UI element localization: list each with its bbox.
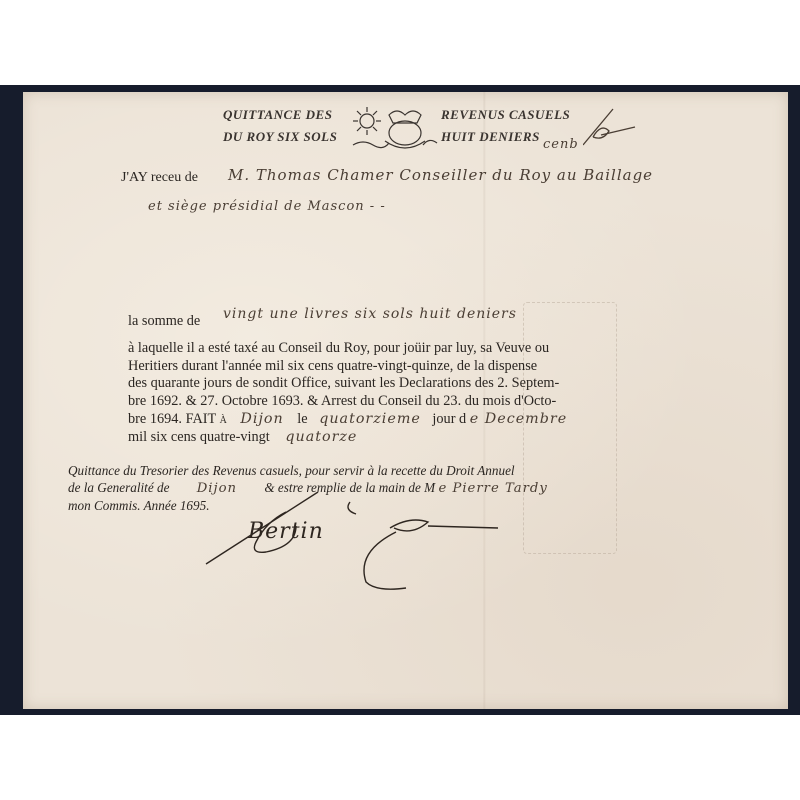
amount-handwritten: vingt une livres six sols huit deniers xyxy=(223,306,517,322)
payer-name-handwritten: M. Thomas Chamer Conseiller du Roy au Ba… xyxy=(228,166,653,184)
fait-month-handwritten: e Decembre xyxy=(470,411,567,427)
fait-line: bre 1694. FAIT à Dijon le quatorzieme jo… xyxy=(128,411,567,429)
quill-flourish-icon xyxy=(583,107,643,152)
signature-text: Bertin xyxy=(248,519,324,544)
fait-day-handwritten: quatorzieme xyxy=(319,411,421,427)
amount-label: la somme de xyxy=(128,313,200,331)
year-printed: mil six cens quatre-vingt xyxy=(128,429,270,445)
fait-jour-label: jour d xyxy=(432,411,466,427)
header-du-roy-six-sols: DU ROY SIX SOLS xyxy=(223,129,337,145)
body-line: à laquelle il a esté taxé au Conseil du … xyxy=(128,340,559,358)
header-revenus-casuels: REVENUS CASUELS xyxy=(441,107,570,123)
body-line: bre 1692. & 27. Octobre 1693. & Arrest d… xyxy=(128,393,559,411)
body-line: des quarante jours de sondit Office, sui… xyxy=(128,375,559,393)
footer-line-1: Quittance du Tresorier des Revenus casue… xyxy=(68,462,548,479)
footer-generalite-label: de la Generalité de xyxy=(68,480,169,495)
year-handwritten: quatorze xyxy=(285,429,357,445)
printed-header: QUITTANCE DES REVENUS CASUELS DU ROY SIX… xyxy=(223,105,563,155)
year-line: mil six cens quatre-vingt quatorze xyxy=(128,429,357,447)
fait-prefix: bre 1694. xyxy=(128,411,182,427)
margin-note-handwritten: cenb xyxy=(543,137,579,152)
receipt-body-text: à laquelle il a esté taxé au Conseil du … xyxy=(128,340,559,410)
header-quittance-des: QUITTANCE DES xyxy=(223,107,332,123)
header-huit-deniers: HUIT DENIERS xyxy=(441,129,540,145)
fait-label: FAIT à xyxy=(186,411,227,427)
signature-flourish-icon xyxy=(198,492,498,602)
fait-le-label: le xyxy=(297,411,307,427)
received-from-label: J'AY receu de xyxy=(121,170,198,186)
fait-place-handwritten: Dijon xyxy=(240,411,283,427)
document-paper: QUITTANCE DES REVENUS CASUELS DU ROY SIX… xyxy=(23,92,788,709)
payer-office-handwritten: et siège présidial de Mascon - - xyxy=(148,199,386,214)
body-line: Heritiers durant l'année mil six cens qu… xyxy=(128,358,559,376)
sun-crown-emblem-icon xyxy=(345,105,441,155)
received-from-printed: J'AY receu de xyxy=(121,170,198,185)
